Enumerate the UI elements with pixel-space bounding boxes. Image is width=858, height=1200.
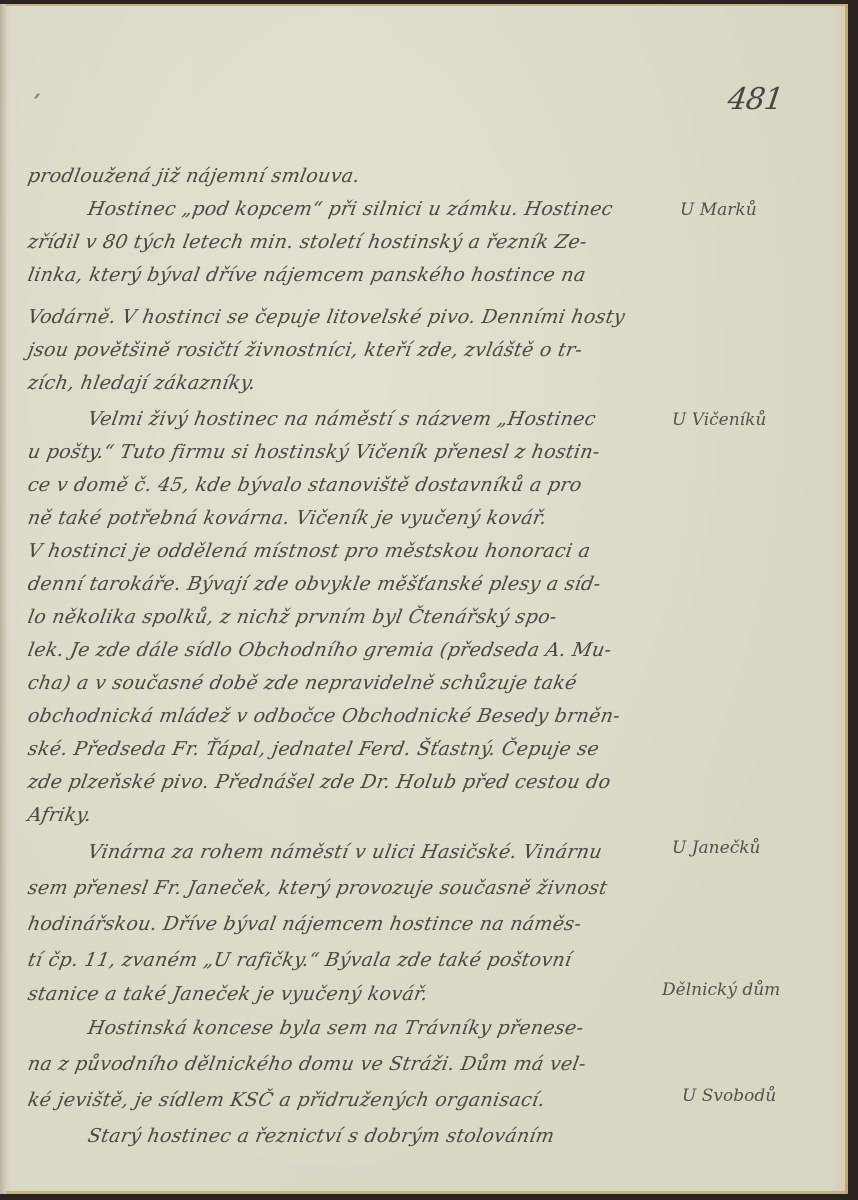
text-line: obchodnická mládež v odbočce Obchodnické… (26, 705, 622, 727)
page-left-edge (0, 4, 6, 1194)
text-line: denní tarokáře. Bývají zde obvykle měšťa… (26, 573, 602, 595)
text-line: prodloužená již nájemní smlouva. (26, 165, 362, 187)
text-line: ce v domě č. 45, kde bývalo stanoviště d… (26, 474, 584, 496)
text-line: lo několika spolků, z nichž prvním byl Č… (26, 606, 559, 628)
margin-note-u-vicениku: U Vičeníků (672, 410, 766, 430)
text-line: stanice a také Janeček je vyučený kovář. (26, 983, 430, 1005)
text-line: Hostinská koncese byla sem na Trávníky p… (86, 1017, 585, 1039)
margin-note-delnicky-dum: Dělnický dům (662, 980, 780, 1000)
text-line: na z původního dělnického domu ve Stráži… (26, 1053, 588, 1075)
text-line: lek. Je zde dále sídlo Obchodního gremia… (26, 639, 613, 661)
text-line: hodinářskou. Dříve býval nájemcem hostin… (26, 913, 583, 935)
text-line: ské. Předseda Fr. Ťápal, jednatel Ferd. … (26, 738, 601, 760)
margin-note-u-svobodu: U Svobodů (682, 1086, 776, 1106)
text-line: zde plzeňské pivo. Přednášel zde Dr. Hol… (26, 771, 612, 793)
margin-note-u-marku: U Marků (680, 200, 757, 220)
text-line: Vodárně. V hostinci se čepuje litovelské… (26, 306, 627, 328)
text-line: u pošty.“ Tuto firmu si hostinský Vičení… (26, 441, 602, 463)
text-line: jsou povětšině rosičtí živnostníci, kteř… (26, 339, 584, 361)
text-line: tí čp. 11, zvaném „U rafičky.“ Bývala zd… (26, 949, 573, 971)
text-line: ké jeviště, je sídlem KSČ a přidružených… (26, 1089, 547, 1111)
text-line: Velmi živý hostinec na náměstí s názvem … (86, 408, 598, 430)
text-line: V hostinci je oddělená místnost pro měst… (26, 540, 592, 562)
text-line: Vinárna za rohem náměstí v ulici Hasičsk… (86, 841, 604, 863)
margin-note-u-janecku: U Janečků (672, 838, 760, 858)
text-line: linka, který býval dříve nájemcem panské… (26, 264, 588, 286)
text-line: zřídil v 80 tých letech min. století hos… (26, 231, 589, 253)
text-line: cha) a v současné době zde nepravidelně … (26, 672, 579, 694)
text-line: Starý hostinec a řeznictví s dobrým stol… (86, 1125, 556, 1147)
text-line: zích, hledají zákazníky. (26, 372, 257, 394)
page-number: 481 (726, 82, 785, 117)
text-line: Afriky. (26, 804, 93, 826)
text-line: sem přenesl Fr. Janeček, který provozuje… (26, 877, 609, 899)
text-line: Hostinec „pod kopcem“ při silnici u zámk… (86, 198, 615, 220)
text-line: ně také potřebná kovárna. Vičeník je vyu… (26, 507, 549, 529)
